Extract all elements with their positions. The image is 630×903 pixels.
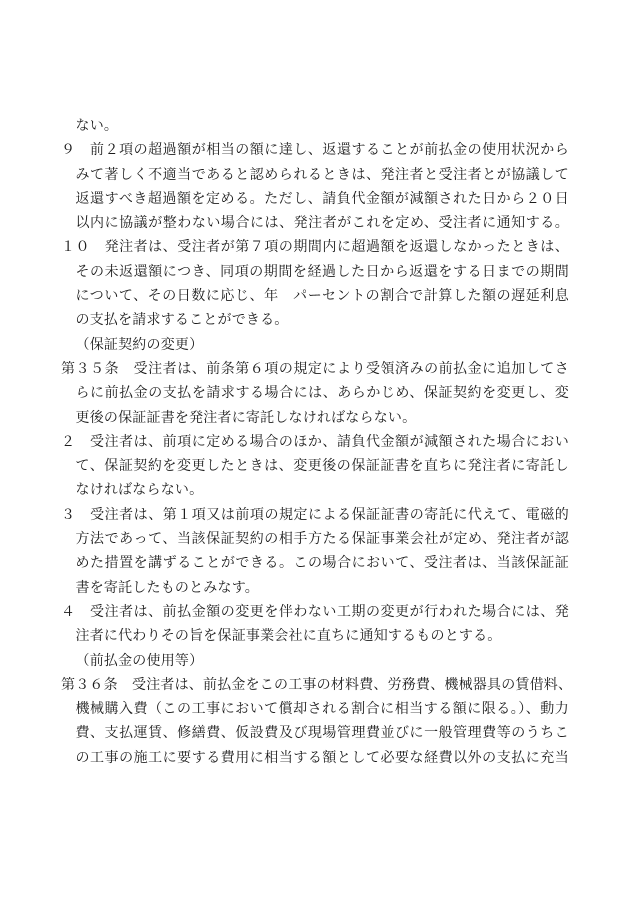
text-line: 費、支払運賃、修繕費、仮設費及び現場管理費並びに一般管理費等のうちこ (61, 721, 569, 745)
text-line: ３ 受注者は、第１項又は前項の規定による保証証書の寄託に代えて、電磁的 (61, 503, 569, 527)
text-line: 更後の保証証書を発注者に寄託しなければならない。 (61, 406, 569, 430)
text-line: （保証契約の変更） (61, 333, 569, 357)
document-text-block: ない。９ 前２項の超過額が相当の額に達し、返還することが前払金の使用状況からみて… (61, 114, 569, 770)
text-line: 以内に協議が整わない場合には、発注者がこれを定め、受注者に通知する。 (61, 211, 569, 235)
text-line: らに前払金の支払を請求する場合には、あらかじめ、保証契約を変更し、変 (61, 381, 569, 405)
text-line: 注者に代わりその旨を保証事業会社に直ちに通知するものとする。 (61, 624, 569, 648)
text-line: の支払を請求することができる。 (61, 308, 569, 332)
text-line: ２ 受注者は、前項に定める場合のほか、請負代金額が減額された場合におい (61, 430, 569, 454)
text-line: 機械購入費（この工事において償却される割合に相当する額に限る。）、動力 (61, 697, 569, 721)
text-line: ４ 受注者は、前払金額の変更を伴わない工期の変更が行われた場合には、発 (61, 600, 569, 624)
text-line: みて著しく不適当であると認められるときは、発注者と受注者とが協議して (61, 163, 569, 187)
text-line: て、保証契約を変更したときは、変更後の保証証書を直ちに発注者に寄託し (61, 454, 569, 478)
text-line: 方法であって、当該保証契約の相手方たる保証事業会社が定め、発注者が認 (61, 527, 569, 551)
text-line: の工事の施工に要する費用に相当する額として必要な経費以外の支払に充当 (61, 746, 569, 770)
text-line: 返還すべき超過額を定める。ただし、請負代金額が減額された日から２０日 (61, 187, 569, 211)
text-line: について、その日数に応じ、年 パーセントの割合で計算した額の遅延利息 (61, 284, 569, 308)
text-line: 書を寄託したものとみなす。 (61, 576, 569, 600)
text-line: １０ 発注者は、受注者が第７項の期間内に超過額を返還しなかったときは、 (61, 235, 569, 259)
text-line: ９ 前２項の超過額が相当の額に達し、返還することが前払金の使用状況から (61, 138, 569, 162)
text-line: ない。 (61, 114, 569, 138)
text-line: その未返還額につき、同項の期間を経過した日から返還をする日までの期間 (61, 260, 569, 284)
text-line: （前払金の使用等） (61, 649, 569, 673)
text-line: 第３５条 受注者は、前条第６項の規定により受領済みの前払金に追加してさ (61, 357, 569, 381)
text-line: なければならない。 (61, 478, 569, 502)
text-line: 第３６条 受注者は、前払金をこの工事の材料費、労務費、機械器具の賃借料、 (61, 673, 569, 697)
document-page: ない。９ 前２項の超過額が相当の額に達し、返還することが前払金の使用状況からみて… (0, 0, 630, 903)
text-line: めた措置を講ずることができる。この場合において、受注者は、当該保証証 (61, 551, 569, 575)
